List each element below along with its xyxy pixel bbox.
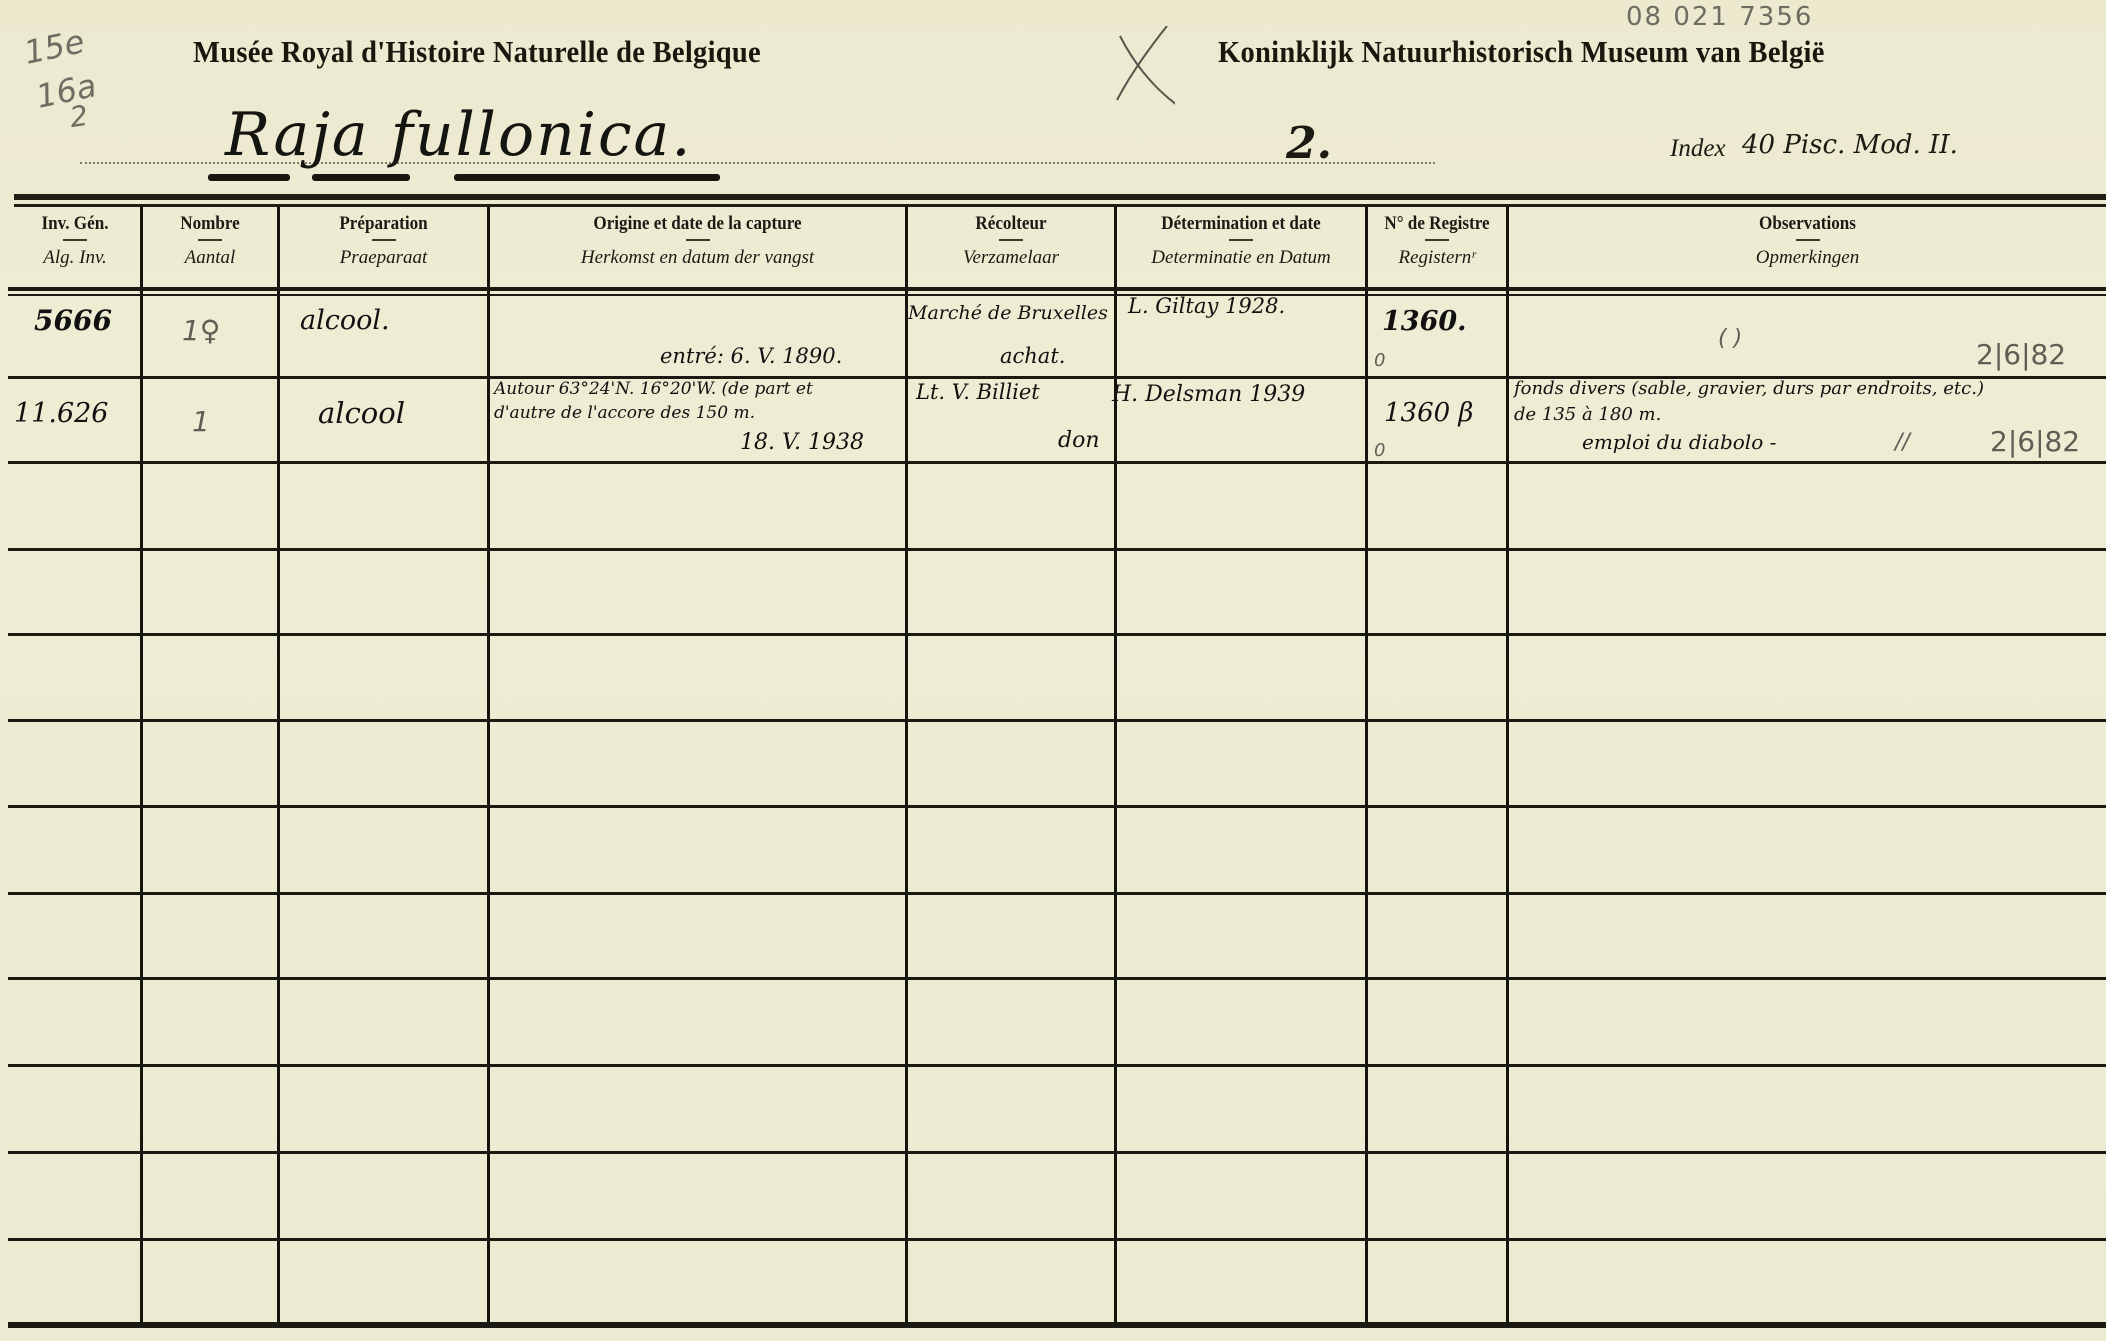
- row-divider: [8, 1064, 2106, 1067]
- register-table: Inv. Gén. Alg. Inv. Nombre Aantal Prépar…: [0, 0, 2106, 1341]
- header-dash: [63, 239, 87, 241]
- cell-observations-pencil-date: 2|6|82: [1976, 338, 2066, 371]
- column-header-nl: Verzamelaar: [908, 247, 1114, 269]
- column-header-fr: Préparation: [290, 213, 476, 235]
- header-dash: [686, 239, 710, 241]
- column-header-nl: Alg. Inv.: [10, 247, 140, 269]
- column-divider: [140, 206, 143, 1322]
- column-divider: [277, 206, 280, 1322]
- column-header-nl: Registernʳ: [1368, 247, 1506, 269]
- row-divider: [8, 719, 2106, 722]
- cell-recolteur-line1: Marché de Bruxelles: [908, 302, 1108, 324]
- cell-nombre: 1♀: [182, 314, 220, 347]
- cell-observations-pencil-mark: ( ): [1718, 326, 1742, 351]
- cell-preparation: alcool: [318, 396, 405, 430]
- row-divider: [8, 892, 2106, 895]
- header-dash: [1229, 239, 1253, 241]
- column-header-fr: N° de Registre: [1375, 213, 1499, 235]
- row-divider: [8, 548, 2106, 551]
- column-divider: [1114, 206, 1117, 1322]
- row-divider: [8, 977, 2106, 980]
- column-header-fr: Observations: [1539, 213, 2076, 235]
- cell-recolteur-line1: Lt. V. Billiet: [916, 380, 1040, 404]
- cell-observations-pencil-mark: //: [1895, 430, 1910, 455]
- cell-observations-line3: emploi du diabolo -: [1582, 430, 1776, 454]
- column-divider: [1506, 206, 1509, 1322]
- cell-preparation: alcool.: [300, 305, 390, 336]
- cell-registre: 1360 β: [1384, 398, 1473, 428]
- column-header-recolteur: Récolteur Verzamelaar: [908, 213, 1114, 287]
- specimen-index-card: 15e 16a 2 08 021 7356 Musée Royal d'Hist…: [0, 0, 2106, 1341]
- cell-recolteur-line2: don: [1058, 428, 1100, 453]
- header-dash: [1425, 239, 1449, 241]
- column-header-nl: Herkomst en datum der vangst: [490, 247, 905, 269]
- cell-origine-date: 18. V. 1938: [740, 430, 864, 455]
- cell-determination: H. Delsman 1939: [1112, 382, 1305, 407]
- cell-nombre: 1: [192, 405, 210, 438]
- header-bottom-rule: [8, 287, 2106, 291]
- column-header-nl: Praeparaat: [280, 247, 487, 269]
- cell-observations-pencil-date: 2|6|82: [1990, 425, 2080, 458]
- row-divider: [8, 1151, 2106, 1154]
- cell-registre-pencil: 0: [1374, 440, 1385, 461]
- column-header-preparation: Préparation Praeparaat: [280, 213, 487, 287]
- column-header-nl: Aantal: [143, 247, 277, 269]
- header-dash: [198, 239, 222, 241]
- table-bottom-rule: [8, 1322, 2106, 1328]
- header-dash: [1796, 239, 1820, 241]
- column-header-nl: Determinatie en Datum: [1117, 247, 1365, 269]
- cell-origine-date: entré: 6. V. 1890.: [660, 344, 842, 368]
- cell-origine-line2: d'autre de l'accore des 150 m.: [494, 403, 755, 423]
- column-header-nl: Opmerkingen: [1509, 247, 2106, 269]
- cell-registre-pencil: 0: [1374, 350, 1385, 371]
- header-bottom-rule: [8, 294, 2106, 296]
- column-header-nombre: Nombre Aantal: [143, 213, 277, 287]
- column-divider: [1365, 206, 1368, 1322]
- column-divider: [487, 206, 490, 1322]
- header-dash: [372, 239, 396, 241]
- cell-inv: 5666: [34, 304, 112, 337]
- cell-inv: 11.626: [14, 398, 108, 429]
- row-divider: [8, 1238, 2106, 1241]
- column-header-inv: Inv. Gén. Alg. Inv.: [10, 213, 140, 287]
- column-header-fr: Nombre: [150, 213, 271, 235]
- cell-determination: L. Giltay 1928.: [1128, 294, 1285, 318]
- column-header-registre: N° de Registre Registernʳ: [1368, 213, 1506, 287]
- row-divider: [8, 805, 2106, 808]
- column-divider: [905, 206, 908, 1322]
- cell-observations-line1: fonds divers (sable, gravier, durs par e…: [1514, 378, 1984, 399]
- column-header-fr: Origine et date de la capture: [511, 213, 885, 235]
- column-header-fr: Détermination et date: [1129, 213, 1352, 235]
- cell-observations-line2: de 135 à 180 m.: [1514, 404, 1661, 425]
- column-header-determination: Détermination et date Determinatie en Da…: [1117, 213, 1365, 287]
- header-dash: [999, 239, 1023, 241]
- cell-origine-line1: Autour 63°24'N. 16°20'W. (de part et: [494, 379, 813, 399]
- row-divider: [8, 461, 2106, 464]
- column-header-origine: Origine et date de la capture Herkomst e…: [490, 213, 905, 287]
- column-header-observations: Observations Opmerkingen: [1509, 213, 2106, 287]
- column-header-fr: Inv. Gén.: [17, 213, 134, 235]
- cell-registre: 1360.: [1382, 306, 1467, 337]
- column-header-fr: Récolteur: [918, 213, 1103, 235]
- row-divider: [8, 633, 2106, 636]
- cell-recolteur-line2: achat.: [1000, 344, 1065, 368]
